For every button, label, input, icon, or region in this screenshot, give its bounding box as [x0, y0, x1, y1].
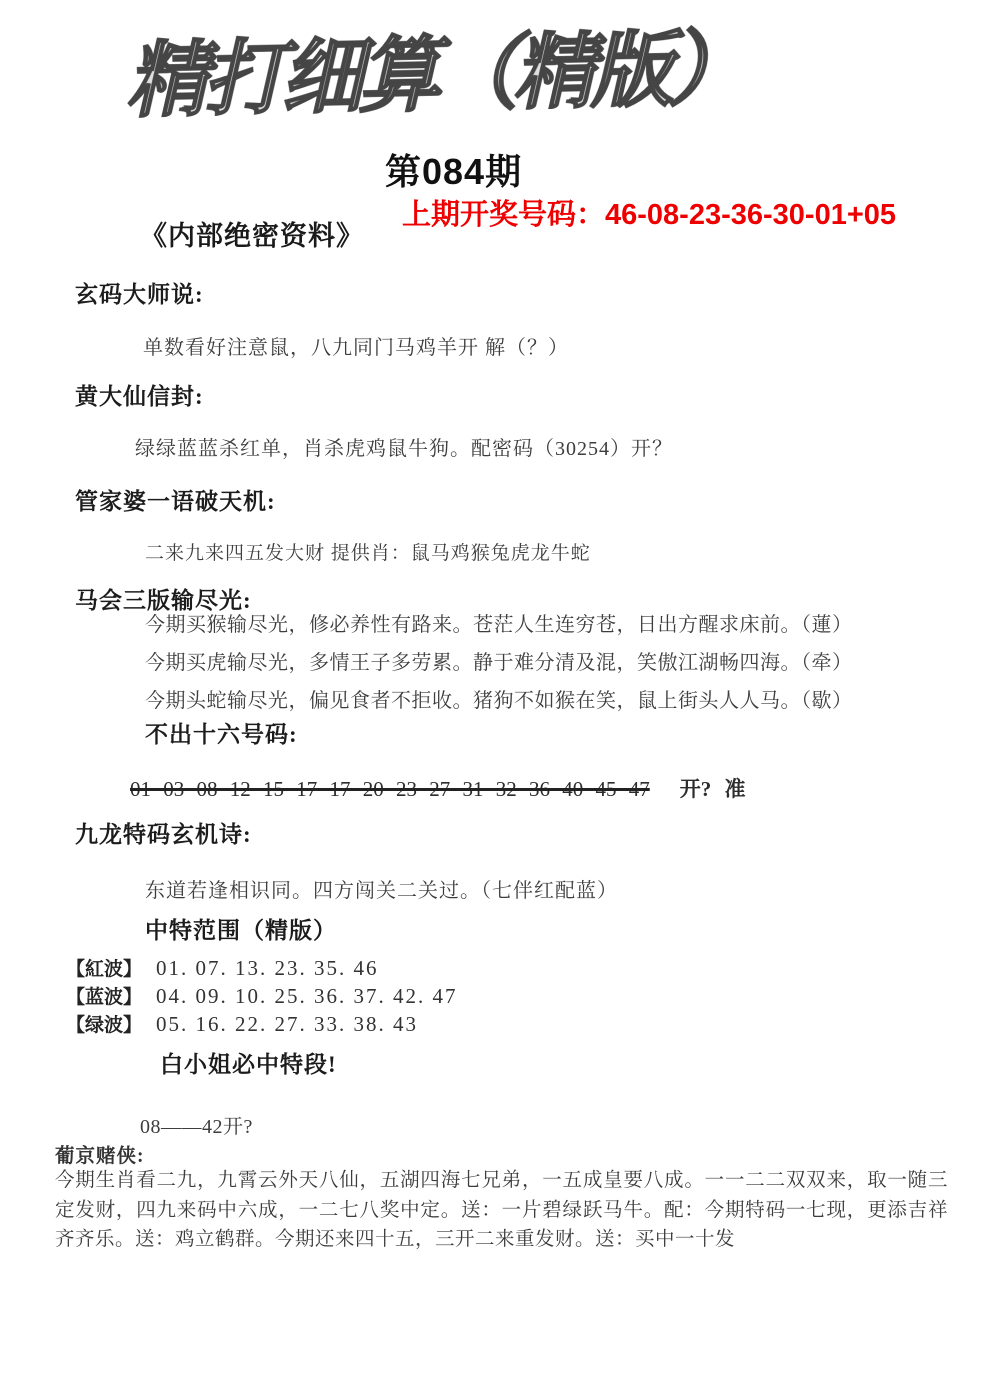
tip-sheet-page: 精打细算（精版） 第084期 上期开奖号码：46-08-23-36-30-01+… — [0, 0, 981, 1388]
mahui-line-3: 今期头蛇输尽光，偏见食者不拒收。猪狗不如猴在笑，鼠上街头人人马。（歇） — [145, 684, 853, 713]
guanjiapo-body: 二来九来四五发大财 提供肖：鼠马鸡猴兔虎龙牛蛇 — [145, 538, 591, 565]
wave-row-green: 【绿波】05. 16. 22. 27. 33. 38. 43 — [66, 1010, 418, 1037]
pujing-body: 今期生肖看二九，九霄云外天八仙，五湖四海七兄弟，一五成皇要八成。一一二二双双来，… — [55, 1166, 948, 1255]
xuanma-body: 单数看好注意鼠，八九同门马鸡羊开 解（？） — [143, 331, 569, 360]
jiulong-body: 东道若逢相识同。四方闯关二关过。（七伴红配蓝） — [145, 874, 618, 903]
excluded-numbers-row: 01 03 08 12 15 17 17 20 23 27 31 32 36 4… — [130, 773, 746, 803]
blue-wave-label: 【蓝波】 — [66, 987, 142, 1008]
last-draw-numbers: 上期开奖号码：46-08-23-36-30-01+05 — [402, 192, 896, 233]
green-wave-label: 【绿波】 — [66, 1015, 142, 1036]
section-heading-xuanma: 玄码大师说: — [75, 276, 204, 309]
kai-range-line: 08——42开? — [140, 1110, 253, 1139]
red-wave-label: 【紅波】 — [66, 959, 142, 980]
section-heading-huangdaxian: 黄大仙信封: — [75, 378, 204, 411]
wave-row-blue: 【蓝波】04. 09. 10. 25. 36. 37. 42. 47 — [66, 982, 458, 1009]
stylized-masthead-title: 精打细算（精版） — [121, 3, 767, 133]
section-heading-guanjiapo: 管家婆一语破天机: — [75, 483, 276, 516]
excluded-numbers-suffix: 开? 准 — [680, 777, 746, 801]
section-heading-zhongte: 中特范围（精版） — [145, 912, 337, 945]
section-heading-jiulong: 九龙特码玄机诗: — [75, 816, 252, 849]
section-heading-buchu: 不出十六号码: — [145, 716, 298, 749]
section-heading-pujing: 葡京赌侠: — [55, 1140, 145, 1168]
green-wave-numbers: 05. 16. 22. 27. 33. 38. 43 — [156, 1012, 418, 1036]
wave-row-red: 【紅波】01. 07. 13. 23. 35. 46 — [66, 954, 379, 981]
baixiaojie-line: 白小姐必中特段! — [160, 1046, 337, 1079]
red-wave-numbers: 01. 07. 13. 23. 35. 46 — [156, 956, 379, 980]
issue-number-heading: 第084期 — [385, 144, 522, 195]
huangdaxian-body: 绿绿蓝蓝杀红单，肖杀虎鸡鼠牛狗。配密码（30254）开？ — [135, 432, 673, 461]
secret-material-subtitle: 《内部绝密资料》 — [140, 214, 364, 253]
mahui-line-2: 今期买虎输尽光，多情王子多劳累。静于难分清及混，笑傲江湖畅四海。（牵） — [145, 646, 853, 675]
excluded-numbers-struck: 01 03 08 12 15 17 17 20 23 27 31 32 36 4… — [130, 777, 650, 801]
blue-wave-numbers: 04. 09. 10. 25. 36. 37. 42. 47 — [156, 984, 458, 1008]
mahui-line-1: 今期买猴输尽光，修必养性有路来。苍茫人生连穷苍，日出方醒求床前。（蓮） — [145, 608, 853, 637]
